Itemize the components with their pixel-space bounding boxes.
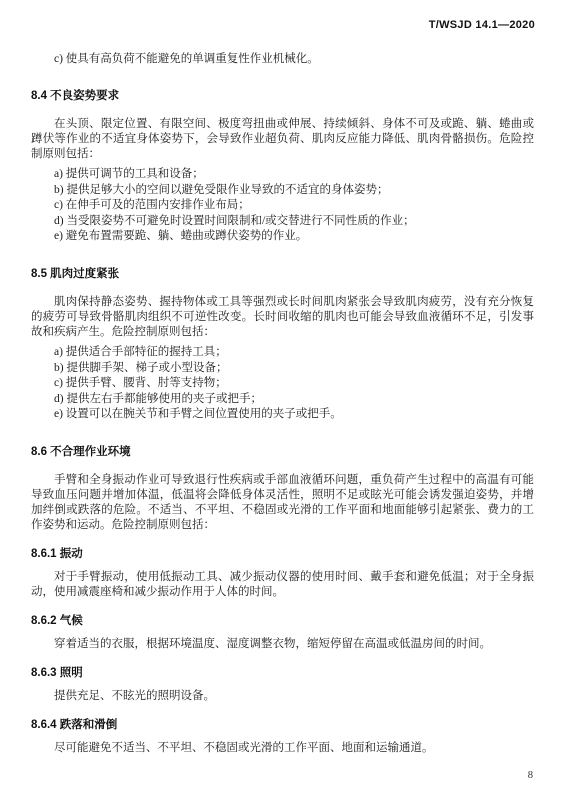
section-heading-8-6-1: 8.6.1 振动 [31,547,534,561]
section-heading-8-5: 8.5 肌肉过度紧张 [31,267,534,281]
list-item: d) 当受限姿势不可避免时设置时间限制和/或交替进行不同性质的作业； [31,214,534,230]
document-content: c) 使具有高负荷不能避免的单调重复性作业机械化。 8.4 不良姿势要求 在头顶… [31,44,534,756]
section-heading-8-4: 8.4 不良姿势要求 [31,89,534,103]
section-list: a) 提供适合手部特征的握持工具； b) 提供脚手架、梯子或小型设备； c) 提… [31,345,534,423]
section-paragraph: 尽可能避免不适当、不平坦、不稳固或光滑的工作平面、地面和运输通道。 [31,741,534,756]
document-page: T/WSJD 14.1—2020 c) 使具有高负荷不能避免的单调重复性作业机械… [0,0,565,803]
section-paragraph: 对于手臂振动，使用低振动工具、减少振动仪器的使用时间、戴手套和避免低温；对于全身… [31,570,534,600]
section-paragraph: 在头顶、限定位置、有限空间、极度弯扭曲或伸展、持续倾斜、身体不可及或跪、躺、蜷曲… [31,117,534,162]
list-item: c) 提供手臂、腰背、肘等支持物； [31,376,534,392]
list-item: a) 提供适合手部特征的握持工具； [31,345,534,361]
section-heading-8-6-3: 8.6.3 照明 [31,666,534,680]
section-paragraph: 肌肉保持静态姿势、握持物体或工具等强烈或长时间肌肉紧张会导致肌肉疲劳，没有充分恢… [31,295,534,340]
section-paragraph: 手臂和全身振动作业可导致退行性疾病或手部血液循环问题，重负荷产生过程中的高温有可… [31,473,534,533]
standard-number: T/WSJD 14.1—2020 [429,19,535,31]
list-item: e) 设置可以在腕关节和手臂之间位置使用的夹子或把手。 [31,407,534,423]
document-header: T/WSJD 14.1—2020 [429,19,535,31]
section-list: a) 提供可调节的工具和设备； b) 提供足够大小的空间以避免受限作业导致的不适… [31,167,534,245]
section-paragraph: 穿着适当的衣服，根据环境温度、湿度调整衣物，缩短停留在高温或低温房间的时间。 [31,637,534,652]
list-item: d) 提供左右手都能够使用的夹子或把手； [31,392,534,408]
list-item: c) 在伸手可及的范围内安排作业布局； [31,198,534,214]
list-item: b) 提供足够大小的空间以避免受限作业导致的不适宜的身体姿势； [31,183,534,199]
section-paragraph: 提供充足、不眩光的照明设备。 [31,689,534,704]
page-number: 8 [528,770,533,781]
list-item: c) 使具有高负荷不能避免的单调重复性作业机械化。 [31,52,534,67]
list-item: a) 提供可调节的工具和设备； [31,167,534,183]
section-heading-8-6-4: 8.6.4 跌落和滑倒 [31,718,534,732]
list-item: e) 避免布置需要跪、躺、蜷曲或蹲伏姿势的作业。 [31,229,534,245]
list-item: b) 提供脚手架、梯子或小型设备； [31,361,534,377]
section-heading-8-6-2: 8.6.2 气候 [31,614,534,628]
section-heading-8-6: 8.6 不合理作业环境 [31,445,534,459]
